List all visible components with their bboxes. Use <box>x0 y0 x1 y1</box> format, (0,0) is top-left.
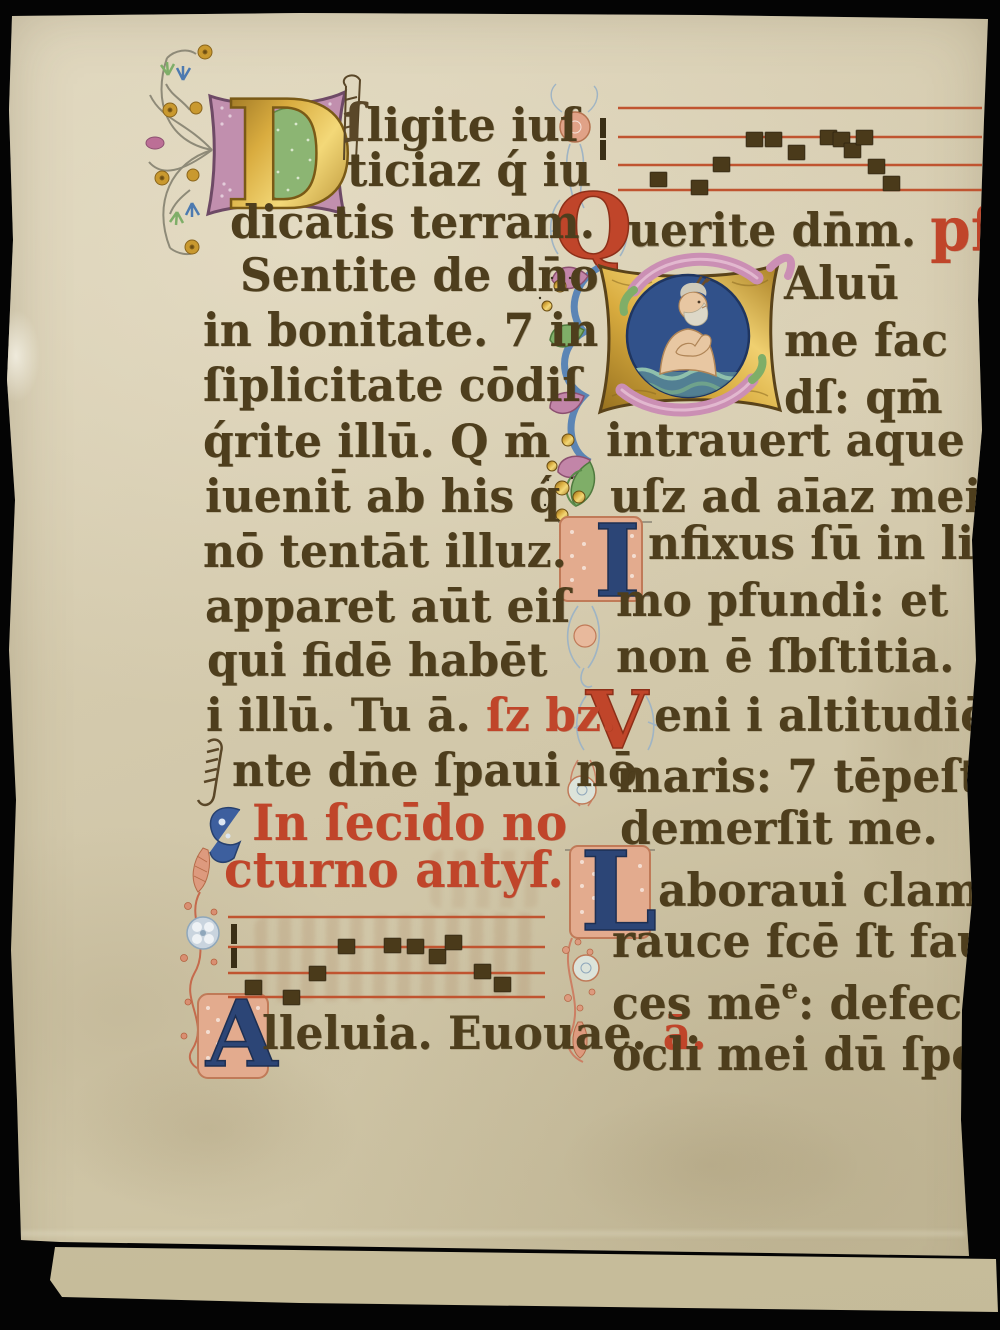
text-line-right-11: ces mēe: defecer̄ <box>612 976 1000 1027</box>
superscript: e <box>781 974 798 1006</box>
rubric-ps: pſ. <box>930 194 1000 265</box>
text-line-left-4: Sentite de dn̄o <box>240 253 599 299</box>
text-line-left-10: apparet aūt eiſ <box>205 584 570 630</box>
text-line-left-3: dicatis terram. <box>230 200 595 246</box>
text-line-right-1: intrauert aque <box>606 418 965 464</box>
rubric-line-2: cturno antyf. <box>224 846 564 895</box>
text-line-right-7: maris: 7 tēpeſtaſ <box>616 749 1000 800</box>
text-line-right-8: demerſit me. <box>620 806 938 852</box>
text-line-right-12: ocli mei dū ſpo <box>612 1032 981 1078</box>
text-line-left-7: q́rite illū. Q m̄ <box>203 419 550 465</box>
text-line-left-9: nō tentāt illuz. <box>203 529 567 575</box>
text-line-right-9: aboraui clamāſʒ <box>658 863 1000 914</box>
marginal-spray <box>149 51 212 255</box>
text-beside-initial-1: Aluū <box>784 261 899 307</box>
cadel-j <box>198 740 222 805</box>
text-line-left-12: i illū. Tu ā. ſz bz. <box>206 693 616 739</box>
text-line-right-3: nfixus ſū in li <box>648 521 974 567</box>
text-line-left-6: ſiplicitate cōdiſ <box>203 363 581 409</box>
spray-bud <box>146 137 164 149</box>
text-line-left-2: ticiaz q́ iu <box>347 148 591 194</box>
text-line-right-10: rauce fcē ſt fau <box>612 919 989 965</box>
text-beside-initial-2: me fac <box>784 318 948 364</box>
text-line-right-6: eni i altitudiē <box>654 693 988 739</box>
text-line-right-2: uſz ad aīaz mei. <box>610 474 996 520</box>
text-line-left-1: ſligite iuſ <box>344 97 579 150</box>
text-line-right-heading: uerite dn̄m.pſ. <box>628 199 1000 260</box>
manuscript-leaf: D Q <box>0 0 1000 1330</box>
text-line-left-5: in bonitate. 7 in <box>203 308 598 354</box>
photo-backdrop: D Q <box>0 0 1000 1330</box>
chant-stave-right <box>600 108 982 195</box>
rubric-abbrev: ſz bz. <box>486 689 616 743</box>
text-line-right-4: mo pfundi: et <box>616 578 948 624</box>
text-line-left-11: qui fidē habēt <box>207 638 547 684</box>
text-line-right-5: non ē ſbſtitia. <box>616 634 955 680</box>
text-line-left-13: nte dn̄e ſpaui nō <box>232 748 637 794</box>
text-line-left-8: iuenit̄ ab his q́ <box>205 474 560 520</box>
